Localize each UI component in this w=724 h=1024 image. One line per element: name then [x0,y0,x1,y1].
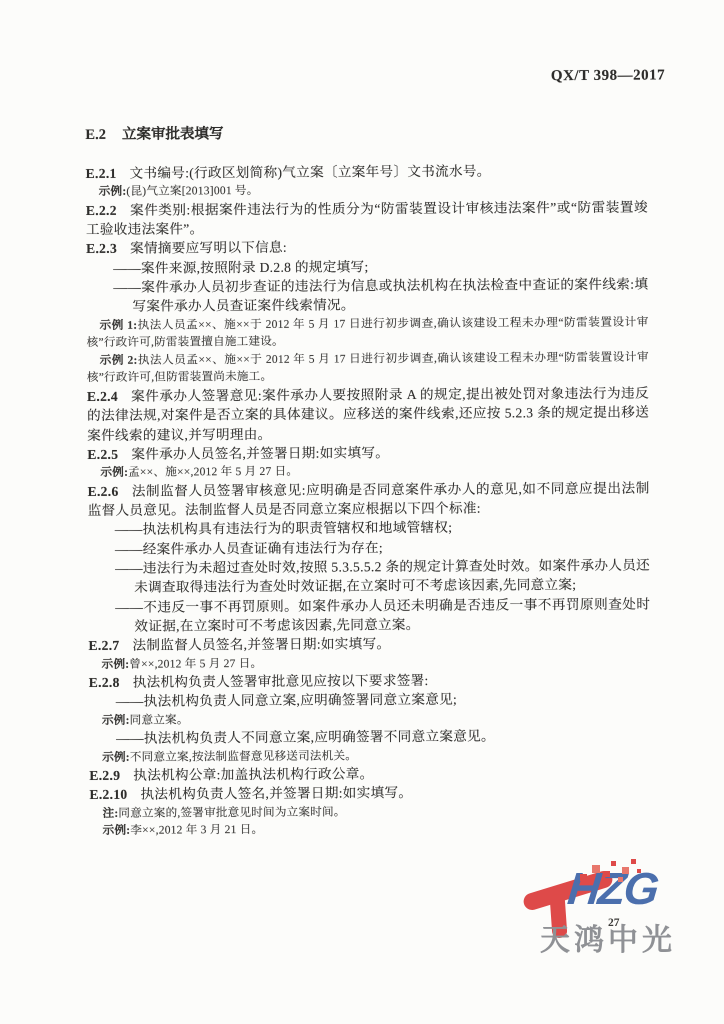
example-text: 李××,2012 年 3 月 21 日。 [130,823,263,837]
clause-text: 案件承办人员签名,并签署日期:如实填写。 [131,445,389,462]
clause-text: 执法机构公章:加盖执法机构行政公章。 [133,766,373,782]
clause-text: 案件类别:根据案件违法行为的性质分为“防雷装置设计审核违法案件”或“防雷装置竣工… [86,199,648,237]
scanned-text-block: QX/T 398—2017 E.2立案审批表填写 E.2.1文书编号:(行政区划… [85,67,652,840]
logo-pixel-dot [637,869,641,873]
example-text: 执法人员孟××、施××于 2012 年 5 月 17 日进行初步调查,确认该建设… [87,350,649,384]
example-text: 孟××、施××,2012 年 5 月 27 日。 [128,465,298,479]
logo-pixel-dot [604,871,610,877]
clause-text: 法制监督人员签署审核意见:应明确是否同意案件承办人的意见,如不同意应提出法制监督… [88,480,650,518]
clause-text: 文书编号:(行政区划简称)气立案〔立案年号〕文书流水号。 [130,164,491,181]
note-label: 注: [103,807,119,820]
clause-number: E.2.3 [86,241,117,256]
clause-e22: E.2.2案件类别:根据案件违法行为的性质分为“防雷装置设计审核违法案件”或“防… [86,197,648,239]
example-line: 示例 1:执法人员孟××、施××于 2012 年 5 月 17 日进行初步调查,… [87,313,649,352]
document-body: E.2立案审批表填写 E.2.1文书编号:(行政区划简称)气立案〔立案年号〕文书… [85,122,651,840]
example-label: 示例: [103,824,131,837]
clause-number: E.2.1 [86,166,117,181]
logo-pixel-dot [618,877,623,882]
example-line: 示例 2:执法人员孟××、施××于 2012 年 5 月 17 日进行初步调查,… [87,348,649,387]
clause-text: 执法机构负责人签名,并签署日期:如实填写。 [140,785,412,802]
logo-pixel-dot [580,874,587,881]
logo-pixel-dot [611,861,616,866]
dash-item: ——不违反一事不再罚原则。如案件承办人员还未明确是否违反一事不再罚原则查处时效证… [88,594,650,636]
example-text: 执法人员孟××、施××于 2012 年 5 月 17 日进行初步调查,确认该建设… [87,315,649,349]
example-text: 曾××,2012 年 5 月 27 日。 [129,656,262,670]
dash-item: ——违法行为未超过查处时效,按照 5.3.5.5.2 条的规定计算查处时效。如案… [88,556,650,598]
example-label: 示例: [102,750,130,763]
example-label: 示例: [102,657,130,670]
logo-pixel-dot [592,865,600,873]
section-heading: E.2立案审批表填写 [85,122,647,145]
clause-text: 执法机构负责人签署审批意见应按以下要求签署: [133,673,429,690]
page-number: 27 [608,917,620,929]
clause-number: E.2.4 [87,389,118,404]
note-text: 同意立案的,签署审批意见时间为立案时间。 [118,805,345,819]
example-label: 示例 2: [100,354,138,367]
example-text: 同意立案。 [130,713,189,726]
clause-number: E.2.8 [89,675,120,690]
clause-number: E.2.6 [88,484,119,499]
example-label: 示例: [100,466,128,479]
clause-number: E.2.7 [88,638,119,653]
example-label: 示例: [99,185,127,198]
document-page: QX/T 398—2017 E.2立案审批表填写 E.2.1文书编号:(行政区划… [0,0,724,1024]
clause-number: E.2.9 [89,768,120,783]
clause-text: 法制监督人员签名,并签署日期:如实填写。 [132,636,390,653]
logo-pixel-dot [631,859,636,864]
clause-text: 案件承办人签署意见:案件承办人要按照附录 A 的规定,提出被处罚对象违法行为违反… [87,386,649,443]
clause-text: 案情摘要应写明以下信息: [130,240,287,256]
example-text: 不同意立案,按法制监督意见移送司法机关。 [130,749,357,763]
example-label: 示例: [102,713,130,726]
standard-number: QX/T 398—2017 [85,66,665,88]
dash-item: ——案件承办人员初步查证的违法行为信息或执法机构在执法检查中查证的案件线索:填写… [86,275,648,317]
clause-e24: E.2.4案件承办人签署意见:案件承办人要按照附录 A 的规定,提出被处罚对象违… [87,384,649,445]
clause-number: E.2.2 [86,203,117,218]
section-title: 立案审批表填写 [122,126,224,143]
clause-e26: E.2.6法制监督人员签署审核意见:应明确是否同意案件承办人的意见,如不同意应提… [88,478,650,520]
example-text: (昆)气立案[2013]001 号。 [126,184,258,198]
logo-letters: HZG [566,866,660,911]
example-line: 示例:李××,2012 年 3 月 21 日。 [90,819,652,840]
section-number: E.2 [85,127,106,143]
example-label: 示例 1: [100,318,138,331]
company-logo: HZG 天鸿中光 [518,858,696,962]
logo-pixel-dot [622,867,629,874]
clause-number: E.2.5 [87,447,118,462]
clause-number: E.2.10 [89,787,127,802]
